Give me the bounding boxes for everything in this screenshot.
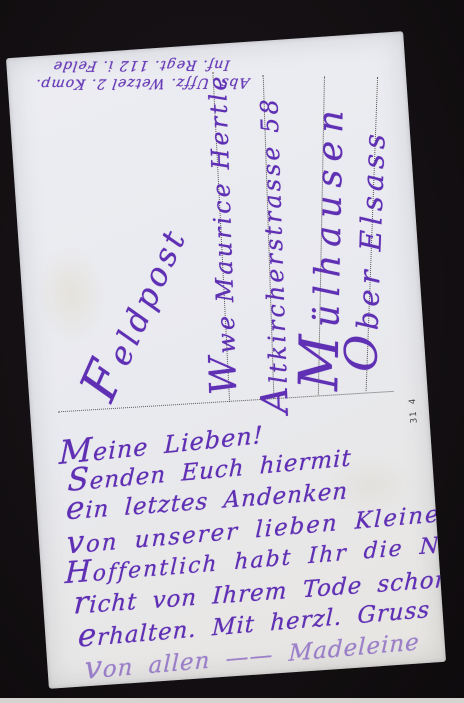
address-line-recipient: Wwe Maurice Hertle xyxy=(191,73,246,396)
sender-line-2: Inf. Regt. 112 i. Felde xyxy=(6,55,253,75)
message-block: Meine Lieben! Senden Euch hiermit ein le… xyxy=(54,400,446,681)
address-line-region: Ober Elsass xyxy=(334,128,396,373)
scan-edge-strip xyxy=(0,698,464,703)
postcard: Abs. Uffz. Wetzel 2. Komp. Inf. Regt. 11… xyxy=(6,31,446,689)
postcard-photo: Abs. Uffz. Wetzel 2. Komp. Inf. Regt. 11… xyxy=(0,0,464,703)
